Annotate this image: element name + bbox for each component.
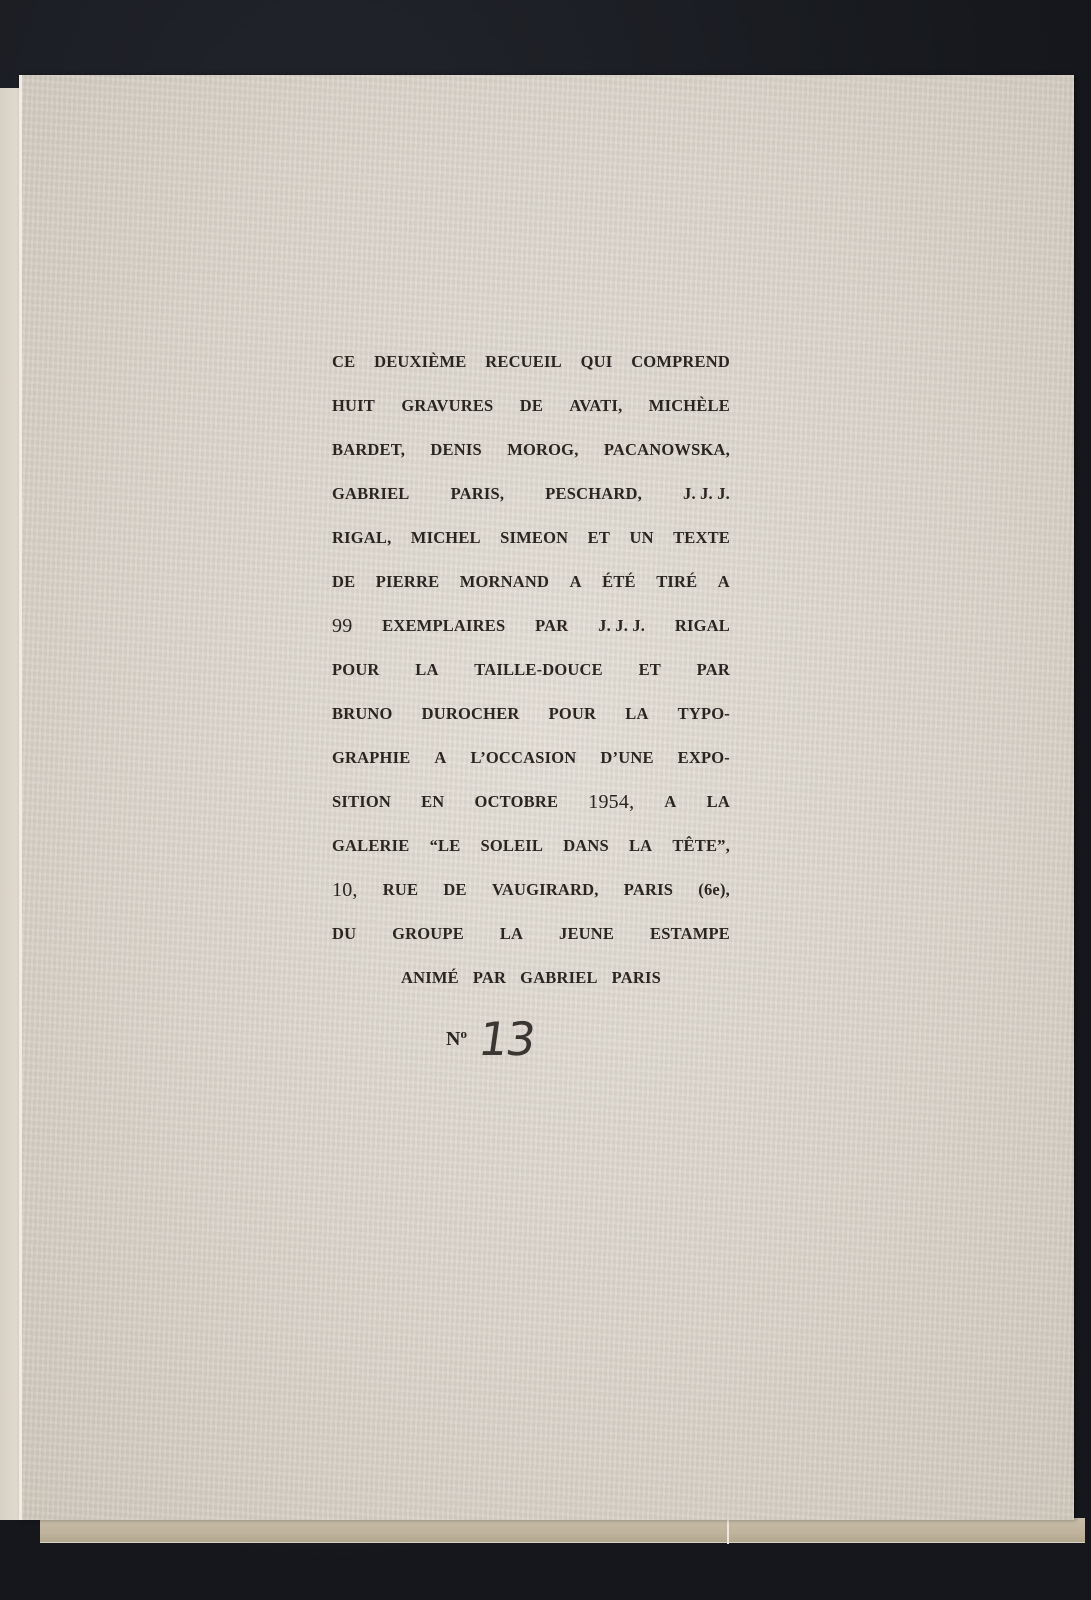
- colophon-line: BARDET,DENISMOROG,PACANOWSKA,: [332, 435, 730, 479]
- colophon-word: JEUNE: [559, 919, 614, 963]
- colophon-word: GABRIEL: [332, 479, 410, 523]
- colophon-word: TEXTE: [673, 523, 730, 567]
- colophon-word: J. J. J.: [683, 479, 730, 523]
- colophon-line: RIGAL,MICHELSIMEONETUNTEXTE: [332, 523, 730, 567]
- colophon-word: ET: [639, 655, 661, 699]
- colophon-word: UN: [629, 523, 653, 567]
- colophon-word: EXEMPLAIRES: [382, 611, 505, 655]
- colophon-word: GALERIE: [332, 831, 410, 875]
- folder-bottom-flap: [40, 1518, 1085, 1543]
- colophon-line: CEDEUXIÈMERECUEILQUICOMPREND: [332, 347, 730, 391]
- colophon-word: MORNAND: [460, 567, 549, 611]
- colophon-line: GABRIELPARIS,PESCHARD,J. J. J.: [332, 479, 730, 523]
- colophon-word: PAR: [697, 655, 730, 699]
- colophon-word: A: [718, 567, 730, 611]
- colophon-word: A: [570, 567, 582, 611]
- copy-number-label: No: [446, 1028, 467, 1051]
- colophon-word: 1954,: [588, 787, 634, 831]
- colophon-word: GABRIEL: [520, 963, 598, 1007]
- colophon-word: PIERRE: [376, 567, 440, 611]
- colophon-word: POUR: [332, 655, 380, 699]
- colophon-word: DEUXIÈME: [374, 347, 466, 391]
- colophon-word: TAILLE-DOUCE: [474, 655, 603, 699]
- colophon-word: (6e),: [698, 875, 730, 919]
- copy-number: No 13: [446, 1012, 534, 1066]
- colophon-word: CE: [332, 347, 355, 391]
- colophon-word: GRAVURES: [401, 391, 493, 435]
- colophon-word: ESTAMPE: [650, 919, 730, 963]
- colophon-word: RECUEIL: [485, 347, 562, 391]
- copy-number-handwritten-value: 13: [475, 1012, 537, 1066]
- colophon-word: 10,: [332, 875, 358, 919]
- colophon-word: RUE: [383, 875, 418, 919]
- colophon-word: A: [664, 787, 676, 831]
- colophon-word: DANS: [563, 831, 609, 875]
- colophon-line: 99EXEMPLAIRESPARJ. J. J.RIGAL: [332, 611, 730, 655]
- colophon-word: PARIS: [624, 875, 673, 919]
- colophon-line: SITIONENOCTOBRE1954,ALA: [332, 787, 730, 831]
- colophon-word: ET: [588, 523, 610, 567]
- colophon-word: ÉTÉ: [602, 567, 636, 611]
- colophon-word: LA: [629, 831, 652, 875]
- colophon-word: ANIMÉ: [401, 963, 459, 1007]
- colophon-word: J. J. J.: [598, 611, 645, 655]
- colophon-line: 10,RUEDEVAUGIRARD,PARIS(6e),: [332, 875, 730, 919]
- colophon-word: POUR: [549, 699, 597, 743]
- colophon-line: HUITGRAVURESDEAVATI,MICHÈLE: [332, 391, 730, 435]
- colophon-word: DU: [332, 919, 356, 963]
- colophon-word: PARIS: [612, 963, 661, 1007]
- colophon-word: LA: [500, 919, 523, 963]
- colophon-word: HUIT: [332, 391, 375, 435]
- colophon-word: RIGAL: [675, 611, 730, 655]
- colophon-word: MICHEL: [411, 523, 481, 567]
- colophon-word: GROUPE: [392, 919, 464, 963]
- colophon-word: GRAPHIE: [332, 743, 410, 787]
- colophon-word: DE: [520, 391, 543, 435]
- colophon-line: BRUNODUROCHERPOURLATYPO-: [332, 699, 730, 743]
- colophon-text-block: CEDEUXIÈMERECUEILQUICOMPRENDHUITGRAVURES…: [332, 347, 730, 1007]
- colophon-word: EN: [421, 787, 444, 831]
- colophon-word: TÊTE”,: [672, 831, 730, 875]
- colophon-word: PESCHARD,: [545, 479, 642, 523]
- colophon-word: DE: [443, 875, 466, 919]
- colophon-word: DENIS: [430, 435, 481, 479]
- colophon-word: AVATI,: [569, 391, 622, 435]
- colophon-word: RIGAL,: [332, 523, 391, 567]
- colophon-word: PAR: [535, 611, 568, 655]
- colophon-word: BRUNO: [332, 699, 393, 743]
- colophon-word: “LE: [430, 831, 461, 875]
- colophon-line: GRAPHIEAL’OCCASIOND’UNEEXPO-: [332, 743, 730, 787]
- colophon-word: COMPREND: [631, 347, 730, 391]
- colophon-word: DUROCHER: [422, 699, 520, 743]
- colophon-word: 99: [332, 611, 352, 655]
- colophon-word: PARIS,: [451, 479, 505, 523]
- colophon-line: GALERIE“LESOLEILDANSLATÊTE”,: [332, 831, 730, 875]
- colophon-word: A: [434, 743, 446, 787]
- colophon-word: EXPO-: [678, 743, 730, 787]
- colophon-word: LA: [625, 699, 648, 743]
- colophon-line: DEPIERREMORNANDAÉTÉTIRÉA: [332, 567, 730, 611]
- colophon-line: POURLATAILLE-DOUCEETPAR: [332, 655, 730, 699]
- colophon-word: TIRÉ: [656, 567, 697, 611]
- colophon-word: SITION: [332, 787, 391, 831]
- colophon-word: LA: [707, 787, 730, 831]
- colophon-word: VAUGIRARD,: [492, 875, 599, 919]
- colophon-word: MICHÈLE: [649, 391, 730, 435]
- colophon-word: SIMEON: [500, 523, 568, 567]
- colophon-word: TYPO-: [678, 699, 730, 743]
- colophon-word: DE: [332, 567, 355, 611]
- colophon-word: L’OCCASION: [471, 743, 577, 787]
- colophon-word: D’UNE: [600, 743, 653, 787]
- colophon-line: ANIMÉPARGABRIELPARIS: [332, 963, 730, 1007]
- colophon-word: BARDET,: [332, 435, 405, 479]
- colophon-word: LA: [415, 655, 438, 699]
- colophon-word: OCTOBRE: [475, 787, 559, 831]
- colophon-word: MOROG,: [507, 435, 578, 479]
- colophon-word: PAR: [473, 963, 506, 1007]
- colophon-line: DUGROUPELAJEUNEESTAMPE: [332, 919, 730, 963]
- colophon-word: QUI: [581, 347, 613, 391]
- colophon-word: SOLEIL: [480, 831, 543, 875]
- colophon-word: PACANOWSKA,: [604, 435, 730, 479]
